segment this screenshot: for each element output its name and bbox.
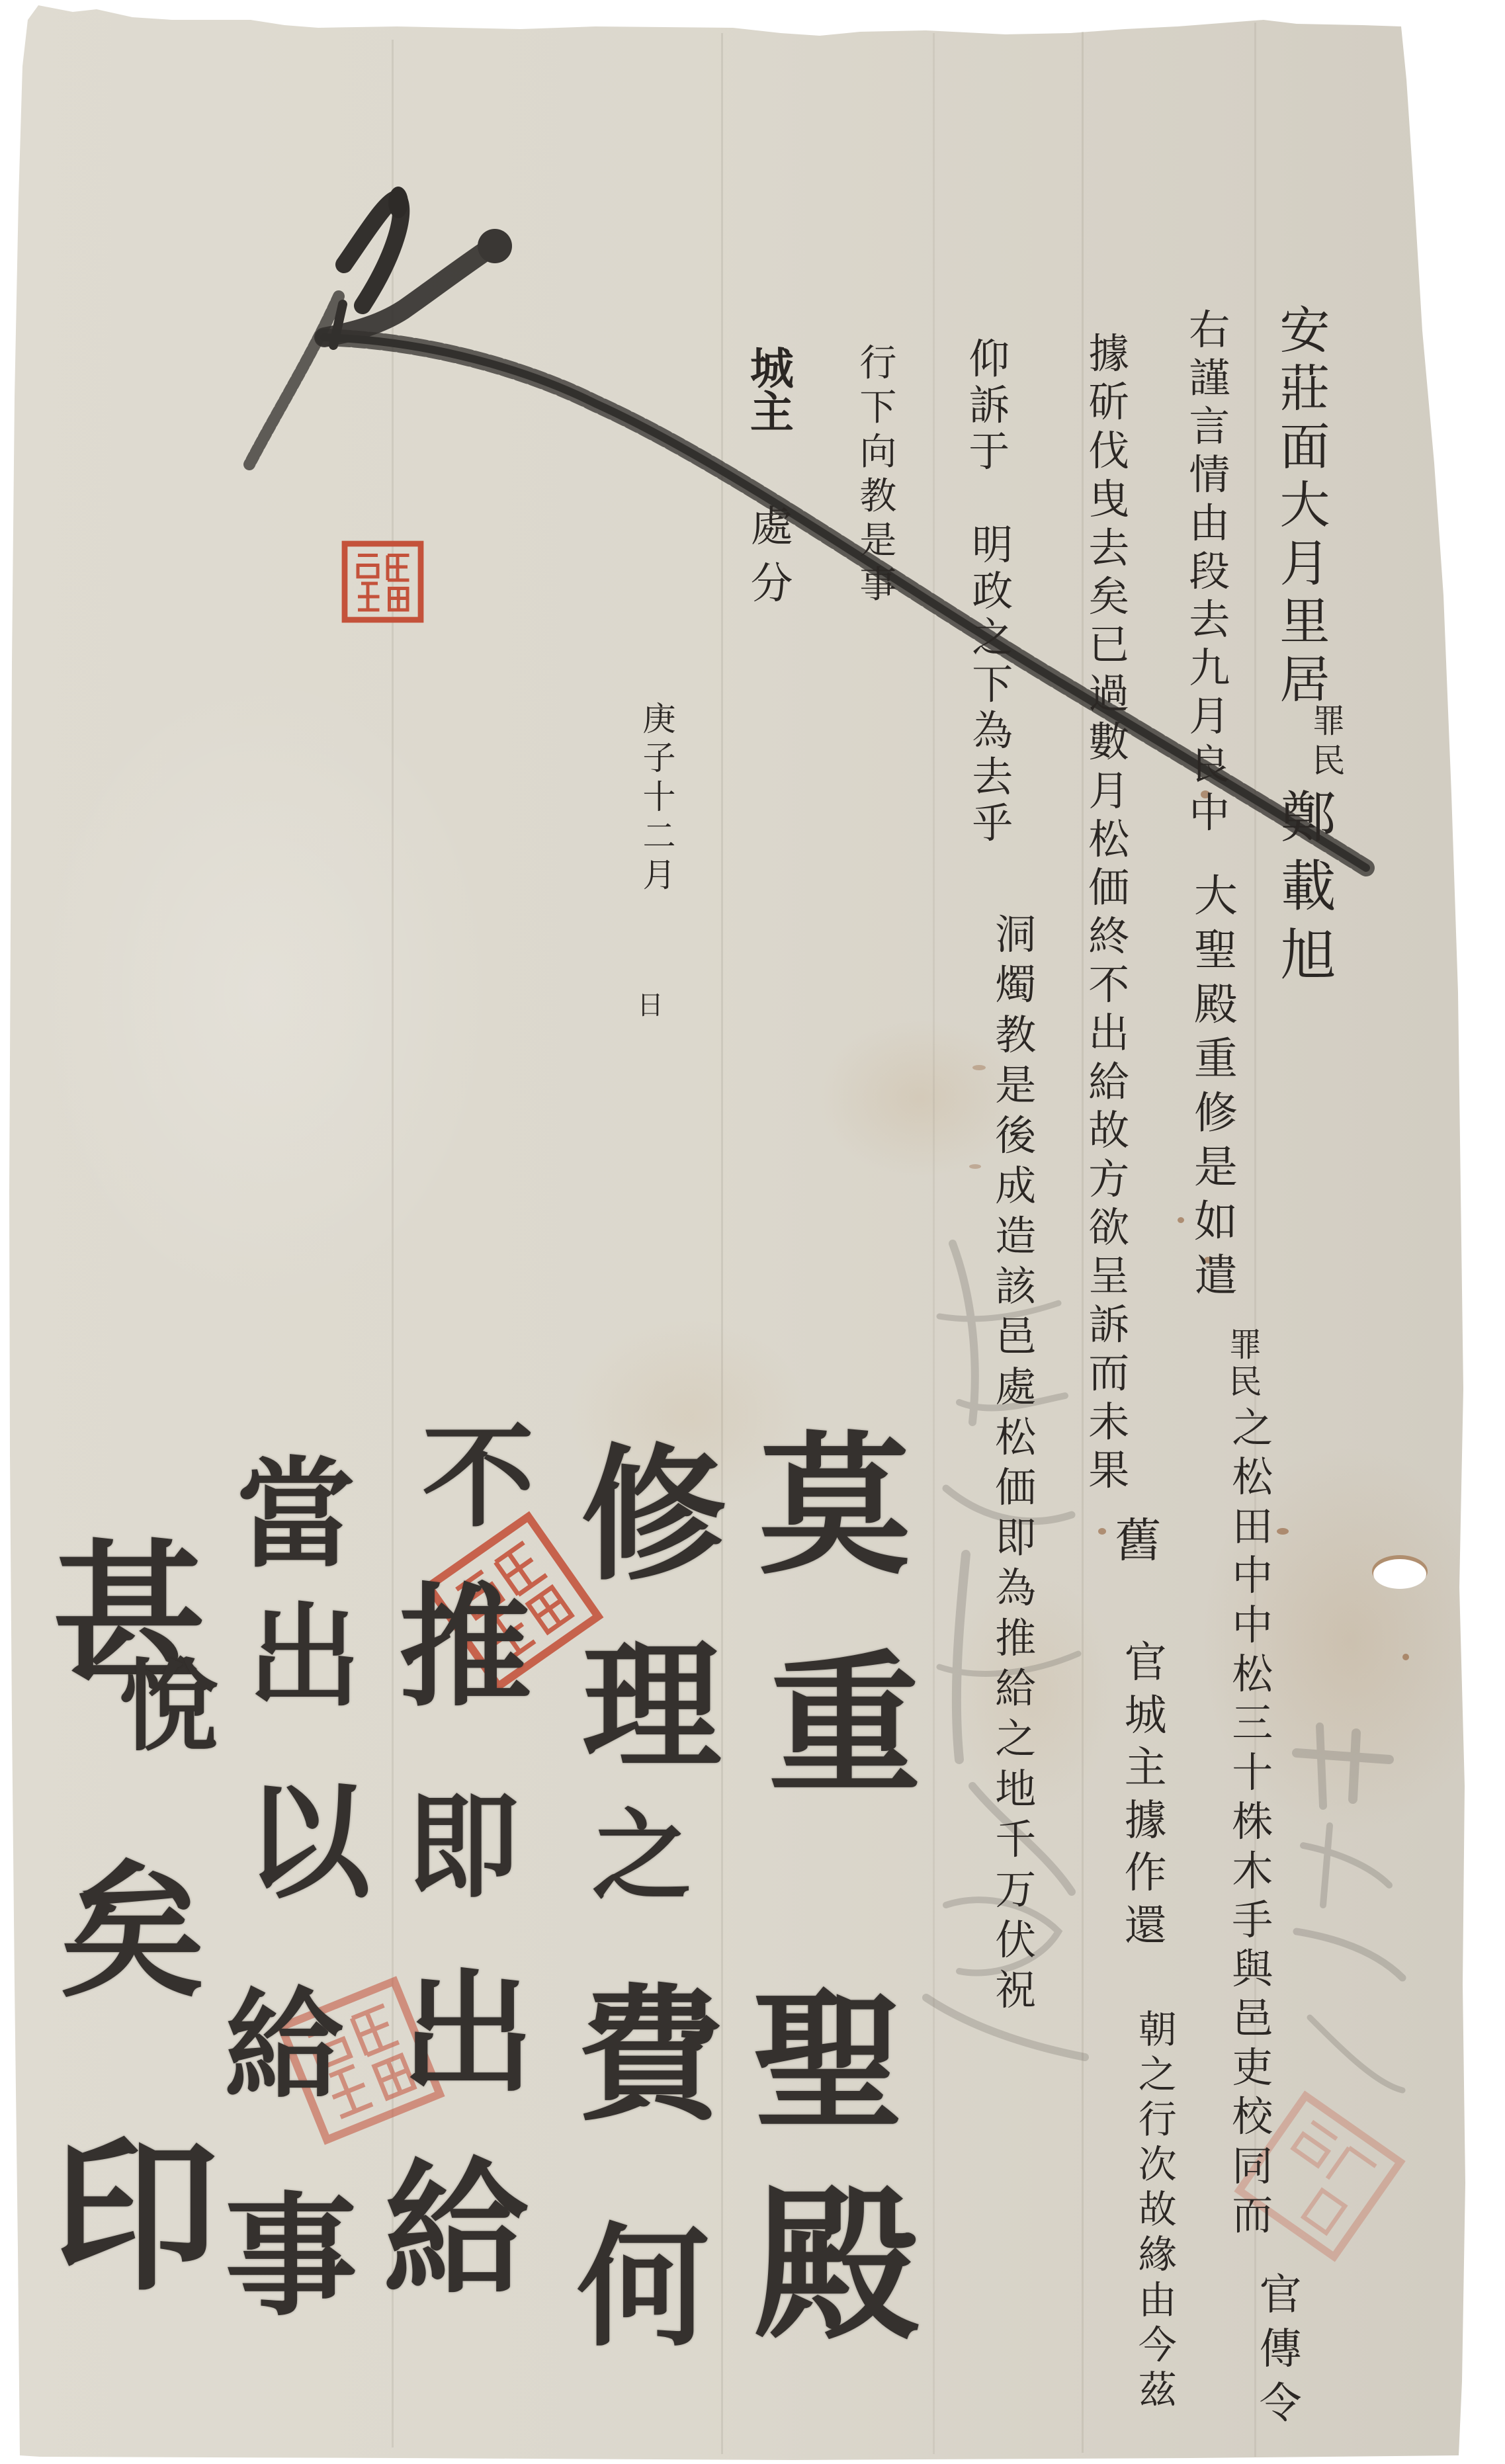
glyph: 據 [1118, 1795, 1173, 1848]
stain-dot [969, 1164, 981, 1169]
glyph: 面 [1272, 418, 1338, 476]
disposition-col-3-char: 不 [406, 1421, 552, 1533]
glyph: 旭 [1272, 921, 1344, 990]
glyph: 教 [854, 474, 902, 519]
glyph: 傳 [1253, 2322, 1308, 2377]
glyph: 主 [744, 390, 800, 434]
glyph: 良 [1183, 740, 1236, 788]
disposition-col-5-char: 矣 [38, 1859, 227, 2004]
glyph: 令 [1253, 2377, 1308, 2431]
stain-dot [1402, 1654, 1409, 1660]
glyph: 大 [1187, 869, 1244, 923]
glyph: 吏 [1226, 2043, 1279, 2092]
glyph: 處 [744, 499, 799, 556]
glyph: 同 [1226, 2142, 1279, 2191]
glyph: 即 [989, 1513, 1043, 1563]
glyph: 鄭 [1272, 783, 1344, 852]
glyph: 是 [854, 519, 902, 563]
glyph: 如 [1187, 1195, 1244, 1249]
glyph: 松 [1226, 1453, 1279, 1502]
glyph: 緣 [1133, 2232, 1182, 2277]
glyph: 之 [966, 615, 1019, 661]
date-year-month: 庚子十二月 [638, 700, 681, 895]
petition-line-1-seg-2: 大聖殿重修是如遣 [1187, 869, 1244, 1303]
paper-hole [1373, 1559, 1426, 1589]
glyph: 株 [1226, 1797, 1279, 1846]
glyph: 下 [854, 386, 902, 430]
glyph: 月 [1272, 534, 1338, 593]
petition-line-1-seg-1: 右謹言情由段去九月良中 [1183, 306, 1236, 837]
glyph: 數 [1082, 718, 1136, 766]
glyph: 修 [1187, 1086, 1244, 1140]
request-disposition: 處分 [744, 499, 799, 613]
glyph: 中 [1226, 1551, 1279, 1600]
glyph: 終 [1082, 912, 1136, 960]
glyph: 段 [1183, 547, 1236, 595]
glyph: 里 [1272, 593, 1338, 651]
glyph: 呈 [1082, 1252, 1136, 1300]
glyph: 與 [1226, 1945, 1279, 1994]
glyph: 洞 [989, 910, 1043, 960]
petition-line-1-seg-5: 官傳令 [1253, 2268, 1308, 2431]
glyph: 木 [1226, 1847, 1279, 1896]
disposition-col-2-char: 修 [559, 1442, 748, 1588]
glyph: 三 [1226, 1699, 1279, 1748]
glyph: 已 [1082, 620, 1136, 669]
glyph: 故 [1082, 1106, 1136, 1154]
glyph: 価 [1082, 863, 1136, 912]
disposition-col-5-char: 悅 [105, 1657, 234, 1756]
glyph: 明 [966, 522, 1019, 568]
petition-line-1-seg-4: 之松田中中松三十株木手與邑吏校同而 [1226, 1404, 1279, 2240]
glyph: 出 [1082, 1009, 1136, 1057]
glyph: 該 [989, 1261, 1043, 1312]
glyph: 舊 [1108, 1514, 1168, 1567]
glyph: 松 [1226, 1650, 1279, 1699]
glyph: 于 [963, 429, 1016, 475]
petitioner-name: 鄭載旭 [1272, 783, 1344, 990]
glyph: 聖 [1187, 923, 1244, 978]
disposition-col-4-char: 以 [226, 1779, 390, 1905]
disposition-col-1-char: 聖 [730, 1986, 927, 2139]
disposition-col-2-char: 費 [556, 1982, 745, 2128]
glyph: 莊 [1272, 360, 1338, 418]
glyph: 遣 [1187, 1249, 1244, 1303]
glyph: 造 [989, 1211, 1043, 1261]
glyph: 十 [638, 778, 681, 817]
glyph: 民 [1224, 1363, 1267, 1400]
petitioner-status: 罪民 [1307, 701, 1350, 781]
glyph: 茲 [1133, 2367, 1182, 2412]
disposition-col-3-char: 即 [390, 1791, 537, 1903]
glyph: 官 [1118, 1637, 1173, 1690]
glyph: 殿 [1187, 978, 1244, 1032]
glyph: 田 [1226, 1502, 1279, 1551]
glyph: 手 [1226, 1896, 1279, 1945]
glyph: 城 [1118, 1690, 1173, 1743]
glyph: 大 [1272, 476, 1338, 534]
glyph: 子 [638, 739, 681, 778]
glyph: 事 [854, 563, 902, 607]
disposition-col-3-char: 推 [379, 1582, 551, 1714]
glyph: 成 [989, 1161, 1043, 1211]
glyph: 松 [989, 1412, 1043, 1463]
glyph: 朝 [1133, 2007, 1182, 2052]
glyph: 作 [1118, 1848, 1173, 1900]
glyph: 推 [989, 1613, 1043, 1664]
glyph: 価 [989, 1463, 1043, 1513]
glyph: 二 [638, 817, 681, 856]
petition-line-3-seg-1: 仰訴于 [963, 336, 1016, 475]
glyph: 是 [989, 1060, 1043, 1111]
glyph: 伏 [989, 1915, 1043, 1965]
glyph: 政 [966, 568, 1019, 615]
glyph: 而 [1082, 1349, 1136, 1397]
glyph: 重 [1187, 1032, 1244, 1086]
glyph: 十 [1226, 1748, 1279, 1797]
glyph: 訴 [1082, 1300, 1136, 1349]
petition-line-4: 行下向教是事 [854, 341, 902, 607]
disposition-col-4-char: 當 [218, 1455, 373, 1574]
glyph: 安 [1272, 302, 1338, 360]
glyph: 月 [1082, 767, 1136, 815]
glyph: 為 [966, 708, 1019, 754]
glyph: 情 [1183, 450, 1236, 499]
glyph: 而 [1226, 2191, 1279, 2240]
glyph: 城 [744, 347, 800, 390]
disposition-col-2-char: 何 [557, 2221, 729, 2354]
disposition-col-4-char: 給 [207, 1986, 362, 2105]
glyph: 次 [1133, 2142, 1182, 2187]
glyph: 万 [989, 1865, 1043, 1915]
glyph: 還 [1118, 1900, 1173, 1953]
glyph: 給 [989, 1664, 1043, 1714]
glyph: 罪 [1224, 1326, 1267, 1363]
glyph: 千 [989, 1814, 1043, 1865]
glyph: 訴 [963, 382, 1016, 429]
fold-line [933, 33, 935, 2454]
glyph: 不 [1082, 960, 1136, 1009]
glyph: 處 [989, 1362, 1043, 1412]
glyph: 右 [1183, 306, 1236, 354]
stain-dot [1178, 1217, 1184, 1223]
glyph: 仰 [963, 336, 1016, 382]
petition-line-2-seg-2: 舊 [1108, 1514, 1168, 1567]
seal-stamp-signature [341, 540, 425, 623]
petition-line-2-seg-4: 朝之行次故緣由今茲 [1133, 2007, 1182, 2412]
glyph: 之 [1133, 2052, 1182, 2097]
glyph: 由 [1183, 499, 1236, 547]
addressee: 城主 [744, 347, 800, 434]
glyph: 九 [1183, 644, 1236, 692]
glyph: 果 [1082, 1446, 1136, 1494]
stain-dot [1098, 1528, 1106, 1535]
glyph: 邑 [1226, 1994, 1279, 2043]
glyph: 矣 [1082, 572, 1136, 620]
glyph: 言 [1183, 402, 1236, 450]
glyph: 謹 [1183, 354, 1236, 402]
glyph: 校 [1226, 2092, 1279, 2141]
glyph: 未 [1082, 1398, 1136, 1446]
glyph: 日 [633, 989, 667, 1022]
glyph: 罪 [1307, 701, 1350, 741]
petition-line-1-seg-3: 罪民 [1224, 1326, 1267, 1400]
disposition-col-2-char: 理 [562, 1637, 742, 1776]
glyph: 教 [989, 1010, 1043, 1060]
glyph: 之 [989, 1714, 1043, 1764]
glyph: 由 [1133, 2277, 1182, 2322]
disposition-col-4-char: 出 [232, 1601, 378, 1713]
petition-line-3-seg-2: 明政之下為去乎 [966, 522, 1019, 847]
glyph: 今 [1133, 2322, 1182, 2367]
stain-dot [972, 1065, 986, 1070]
petition-line-2-seg-1: 據斫伐曳去矣已過數月松価終不出給故方欲呈訴而未果 [1082, 329, 1136, 1494]
glyph: 斫 [1082, 378, 1136, 426]
glyph: 給 [1082, 1058, 1136, 1106]
glyph: 曳 [1082, 475, 1136, 523]
glyph: 居 [1272, 651, 1338, 709]
glyph: 官 [1253, 2268, 1308, 2322]
glyph: 欲 [1082, 1203, 1136, 1252]
glyph: 方 [1082, 1155, 1136, 1203]
disposition-col-1-char: 重 [746, 1649, 944, 1801]
glyph: 故 [1133, 2187, 1182, 2232]
glyph: 地 [989, 1764, 1043, 1814]
disposition-col-2-char: 之 [578, 1806, 707, 1906]
glyph: 主 [1118, 1742, 1173, 1795]
glyph: 月 [638, 856, 681, 895]
glyph: 據 [1082, 329, 1136, 378]
glyph: 燭 [989, 960, 1043, 1010]
glyph: 去 [1183, 595, 1236, 644]
glyph: 行 [1133, 2097, 1182, 2142]
glyph: 祝 [989, 1965, 1043, 2016]
glyph: 過 [1082, 669, 1136, 718]
date-day: 日 [633, 989, 667, 1022]
disposition-col-1-char: 莫 [736, 1430, 934, 1582]
glyph: 月 [1183, 692, 1236, 740]
glyph: 邑 [989, 1312, 1043, 1362]
glyph: 分 [744, 556, 799, 613]
disposition-col-3-char: 給 [362, 2156, 551, 2302]
glyph: 伐 [1082, 427, 1136, 475]
glyph: 民 [1307, 741, 1350, 781]
glyph: 向 [854, 430, 902, 474]
glyph: 為 [989, 1563, 1043, 1613]
glyph: 是 [1187, 1140, 1244, 1195]
glyph: 去 [1082, 524, 1136, 572]
glyph: 載 [1272, 852, 1344, 921]
glyph: 行 [854, 341, 902, 386]
glyph: 中 [1183, 788, 1236, 837]
glyph: 中 [1226, 1601, 1279, 1650]
petitioner-address: 安莊面大月里居 [1272, 302, 1338, 709]
glyph: 乎 [966, 800, 1019, 847]
disposition-col-3-char: 出 [382, 1968, 554, 2100]
disposition-col-5-char: 印 [28, 2133, 243, 2299]
glyph: 後 [989, 1111, 1043, 1161]
glyph: 下 [966, 661, 1019, 708]
glyph: 松 [1082, 815, 1136, 863]
petition-line-3-seg-3: 洞燭教是後成造該邑處松価即為推給之地千万伏祝 [989, 910, 1043, 2016]
disposition-col-1-char: 殿 [730, 2182, 945, 2348]
glyph: 庚 [638, 700, 681, 739]
glyph: 之 [1226, 1404, 1279, 1453]
glyph: 去 [966, 754, 1019, 800]
petition-line-2-seg-3: 官城主據作還 [1118, 1637, 1173, 1953]
